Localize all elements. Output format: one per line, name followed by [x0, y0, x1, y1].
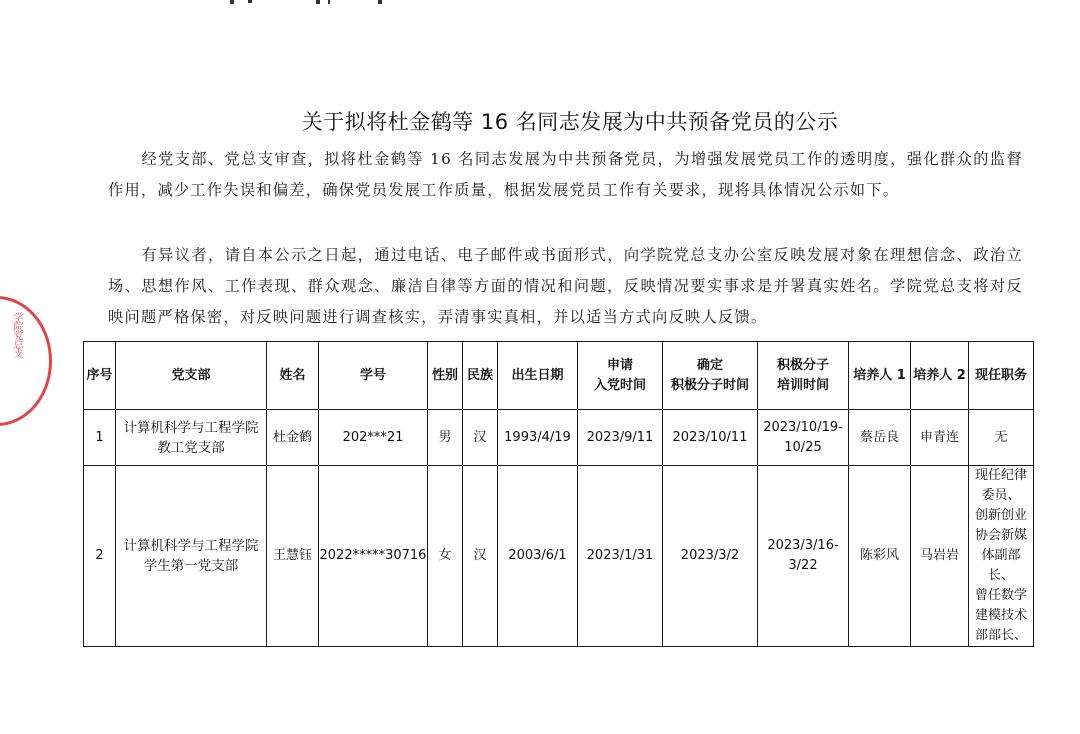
cell-name: 王慧钰 — [267, 466, 319, 647]
cell-apply-date: 2023/9/11 — [578, 410, 663, 466]
cell-gender: 女 — [428, 466, 463, 647]
cell-position-line: 协会新媒 — [969, 526, 1033, 546]
cell-training-line2: 3/22 — [758, 556, 848, 576]
cell-position-line: 曾任数学 — [969, 586, 1033, 606]
header-activist-date-line1: 确定 — [663, 356, 757, 376]
cell-name: 杜金鹤 — [267, 410, 319, 466]
table-row: 1 计算机科学与工程学院 教工党支部 杜金鹤 202***21 男 汉 1993… — [84, 410, 1034, 466]
header-apply-date-line2: 入党时间 — [578, 376, 662, 396]
header-birth-date: 出生日期 — [498, 342, 578, 410]
table-header-row: 序号 党支部 姓名 学号 性别 民族 出生日期 申请 入党时间 确定 积极分子时… — [84, 342, 1034, 410]
cell-training-line2: 10/25 — [758, 438, 848, 458]
cell-training: 2023/10/19- 10/25 — [758, 410, 849, 466]
cell-position-line: 现任纪律 — [969, 466, 1033, 486]
header-training-line1: 积极分子 — [758, 356, 848, 376]
cell-seq: 1 — [84, 410, 116, 466]
cell-training-line1: 2023/10/19- — [758, 418, 848, 438]
cell-gender: 男 — [428, 410, 463, 466]
official-seal-text: 学院党总支 — [2, 312, 22, 422]
cell-training-line1: 2023/3/16- — [758, 536, 848, 556]
cell-student-id: 202***21 — [319, 410, 428, 466]
header-branch: 党支部 — [116, 342, 267, 410]
cell-position: 无 — [969, 410, 1034, 466]
cell-position-line: 创新创业 — [969, 506, 1033, 526]
cell-position-line: 部部长、 — [969, 626, 1033, 646]
paragraph-objection: 有异议者，请自本公示之日起，通过电话、电子邮件或书面形式，向学院党总支办公室反映… — [108, 240, 1023, 333]
cell-seq: 2 — [84, 466, 116, 647]
cell-branch-line1: 计算机科学与工程学院 — [116, 536, 266, 556]
cell-apply-date: 2023/1/31 — [578, 466, 663, 647]
cell-mentor1: 陈彩风 — [849, 466, 911, 647]
cell-birth-date: 1993/4/19 — [498, 410, 578, 466]
header-name: 姓名 — [267, 342, 319, 410]
table-row: 2 计算机科学与工程学院 学生第一党支部 王慧钰 2022*****30716 … — [84, 466, 1034, 647]
cell-activist-date: 2023/3/2 — [663, 466, 758, 647]
candidates-table: 序号 党支部 姓名 学号 性别 民族 出生日期 申请 入党时间 确定 积极分子时… — [83, 341, 1034, 647]
header-training-line2: 培训时间 — [758, 376, 848, 396]
scan-marks — [228, 0, 388, 5]
header-seq: 序号 — [84, 342, 116, 410]
cell-mentor2: 马岩岩 — [911, 466, 969, 647]
header-gender: 性别 — [428, 342, 463, 410]
header-mentor1: 培养人 1 — [849, 342, 911, 410]
cell-birth-date: 2003/6/1 — [498, 466, 578, 647]
cell-ethnicity: 汉 — [463, 466, 498, 647]
cell-branch-line2: 学生第一党支部 — [116, 556, 266, 576]
header-training: 积极分子 培训时间 — [758, 342, 849, 410]
header-position: 现任职务 — [969, 342, 1034, 410]
paragraph-intro: 经党支部、党总支审查，拟将杜金鹤等 16 名同志发展为中共预备党员，为增强发展党… — [108, 144, 1023, 206]
cell-branch: 计算机科学与工程学院 教工党支部 — [116, 410, 267, 466]
cell-mentor1: 蔡岳良 — [849, 410, 911, 466]
cell-position-line: 委员、 — [969, 486, 1033, 506]
document-title: 关于拟将杜金鹤等 16 名同志发展为中共预备党员的公示 — [0, 106, 1080, 136]
header-activist-date: 确定 积极分子时间 — [663, 342, 758, 410]
cell-activist-date: 2023/10/11 — [663, 410, 758, 466]
cell-ethnicity: 汉 — [463, 410, 498, 466]
header-activist-date-line2: 积极分子时间 — [663, 376, 757, 396]
header-apply-date-line1: 申请 — [578, 356, 662, 376]
cell-branch-line1: 计算机科学与工程学院 — [116, 418, 266, 438]
cell-position-line: 体副部长、 — [969, 546, 1033, 586]
header-mentor2: 培养人 2 — [911, 342, 969, 410]
cell-position-line: 建模技术 — [969, 606, 1033, 626]
cell-branch: 计算机科学与工程学院 学生第一党支部 — [116, 466, 267, 647]
cell-branch-line2: 教工党支部 — [116, 438, 266, 458]
cell-position: 现任纪律 委员、 创新创业 协会新媒 体副部长、 曾任数学 建模技术 部部长、 — [969, 466, 1034, 647]
cell-training: 2023/3/16- 3/22 — [758, 466, 849, 647]
cell-mentor2: 申青连 — [911, 410, 969, 466]
header-ethnicity: 民族 — [463, 342, 498, 410]
header-student-id: 学号 — [319, 342, 428, 410]
cell-student-id: 2022*****30716 — [319, 466, 428, 647]
header-apply-date: 申请 入党时间 — [578, 342, 663, 410]
